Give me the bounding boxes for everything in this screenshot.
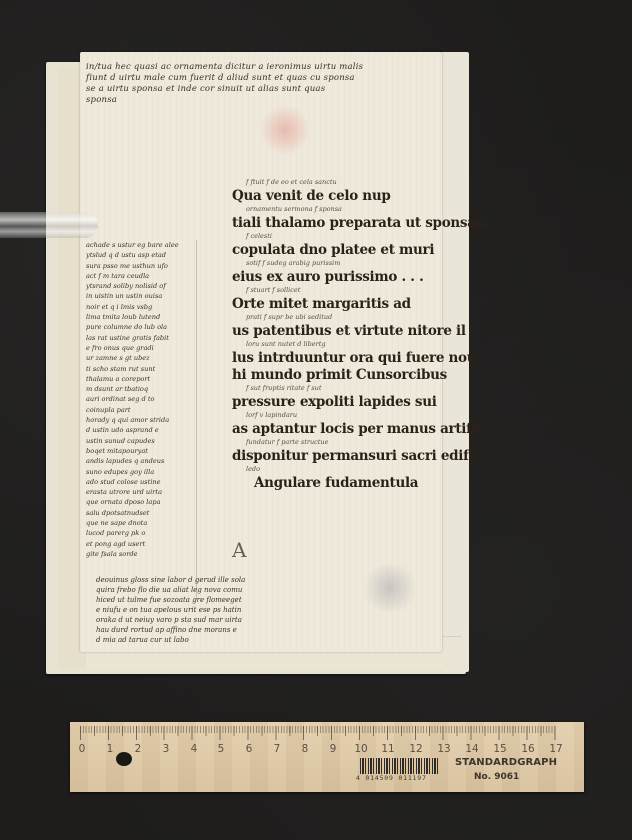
interlinear-gloss: ornamentu sermona f sponsa [232,205,442,213]
bottom-commentary: deouinus gloss sine labor d gerud ille s… [96,575,426,645]
scale-ruler: 0 1 2 3 4 5 6 7 8 9 10 11 12 13 14 15 16… [70,722,584,792]
interlinear-gloss: loru sunt nutet d libertg [232,340,442,348]
ruler-tick-label: 6 [246,743,253,755]
main-line: hi mundo primit Cunsorcibus [232,368,442,382]
ruler-tick-label: 8 [302,743,309,755]
interlinear-gloss: sotif f sudeg arabig purissim [232,259,442,267]
ruler-tick-label: 11 [381,743,394,755]
barcode-number: 4 014509 011197 [356,774,427,782]
ruler-tick-label: 14 [465,743,478,755]
ruler-tick-label: 3 [163,743,170,755]
main-line: disponitur permansuri sacri edificii [232,449,442,463]
ruler-tick-label: 0 [79,743,86,755]
ruler-tick-label: 9 [330,743,337,755]
ruler-tick-label: 4 [191,743,198,755]
ruler-tick-label: 10 [354,743,367,755]
ruler-hole [116,752,132,766]
ruler-tick-label: 17 [549,743,562,755]
main-line: lus intrduuntur ora qui fuere nou [232,351,442,365]
transparent-clip [0,212,98,238]
ruler-tick-label: 13 [437,743,450,755]
main-line: Orte mitet margaritis ad [232,297,442,311]
ruler-model: No. 9061 [474,772,519,782]
top-note: in/tua hec quasi ac ornamenta dicitur a … [86,62,363,106]
main-line: Qua venit de celo nup [232,189,442,203]
interlinear-gloss: fundatur f parte structue [232,438,442,446]
ruler-tick-label: 12 [409,743,422,755]
ruler-brand: STANDARDGRAPH [455,757,557,768]
main-line: us patentibus et virtute nitore il [232,324,442,338]
main-text-block: f ftuit f de eo et cela sanctu Qua venit… [232,178,442,492]
interlinear-gloss: prati f supr be ubi seditud [232,313,442,321]
main-line: as aptantur locis per manus artifices [232,422,442,436]
main-line: pressure expoliti lapides sui [232,395,442,409]
barcode [360,758,438,774]
interlinear-gloss: ledo [232,465,442,473]
interlinear-gloss: f stuart f sollicet [232,286,442,294]
ruler-major-ticks [80,726,556,740]
interlinear-gloss: f celesti [232,232,442,240]
decorated-initial: A [232,538,246,562]
interlinear-gloss: f sut fruptis ritate f sut [232,384,442,392]
red-stain [262,102,308,158]
ruler-tick-label: 15 [493,743,506,755]
ruler-tick-label: 1 [107,743,114,755]
ruler-tick-label: 5 [218,743,225,755]
main-line: tiali thalamo preparata ut sponsata [232,216,442,230]
main-line: copulata dno platee et muri [232,243,442,257]
ruler-tick-label: 16 [521,743,534,755]
main-line: eius ex auro purissimo . . . [232,270,442,284]
ruler-tick-label: 7 [274,743,281,755]
ruler-tick-label: 2 [135,743,142,755]
margin-commentary: achade s ustur eg bare alee ytslud q d u… [86,240,234,559]
interlinear-gloss: lorf v lapindaru [232,411,442,419]
main-line: Angulare fudamentula [232,476,442,490]
interlinear-gloss: f ftuit f de eo et cela sanctu [232,178,442,186]
